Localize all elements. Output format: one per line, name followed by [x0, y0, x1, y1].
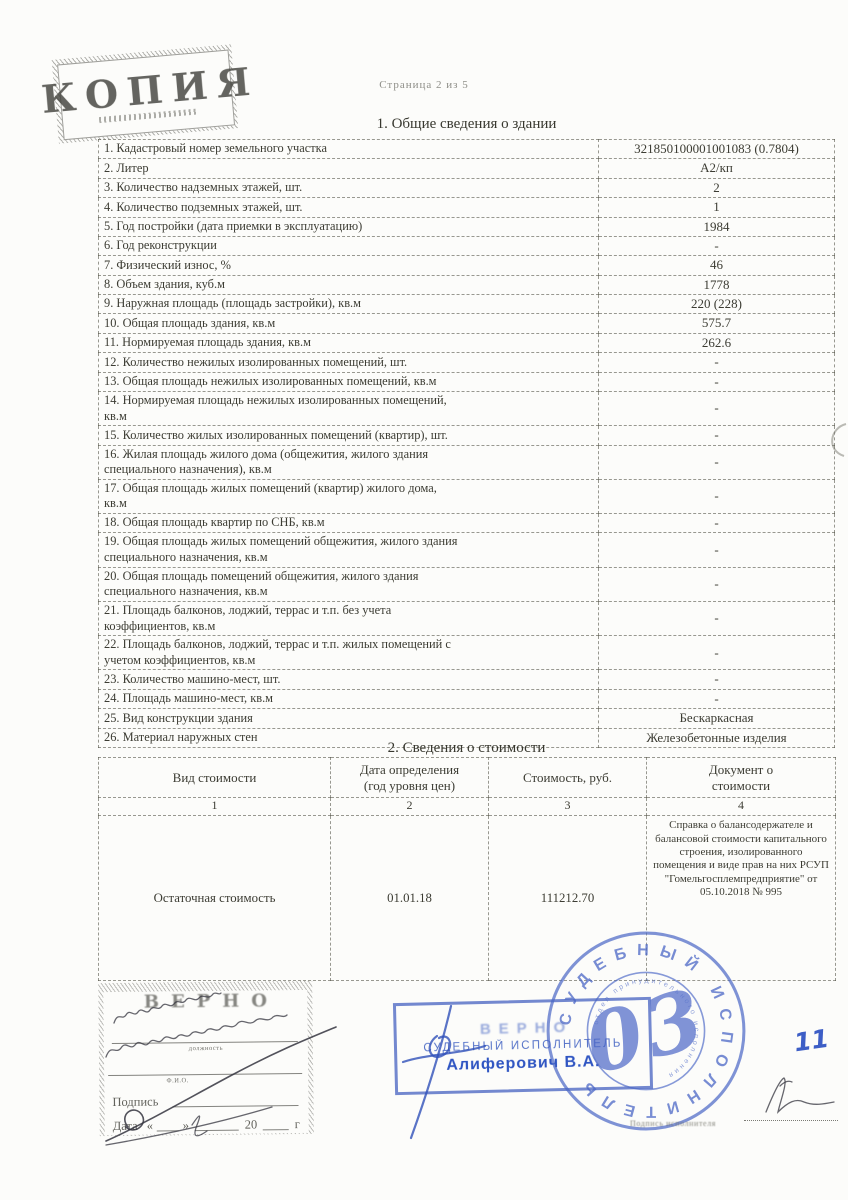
verno-certification-box: ВЕРНО должность Ф.И.О. Подпись Дата « » …: [98, 981, 314, 1136]
building-row: 3. Количество надземных этажей, шт.2: [99, 178, 835, 197]
building-row-value: -: [599, 601, 835, 635]
date-year-line: [263, 1129, 289, 1130]
building-row-value: Бескаркасная: [599, 709, 835, 728]
name-label: Ф.И.О.: [104, 1077, 251, 1086]
building-row: 10. Общая площадь здания, кв.м575.7: [99, 314, 835, 333]
building-row-value: -: [599, 514, 835, 533]
building-row-label: 19. Общая площадь жилых помещений общежи…: [99, 533, 599, 567]
building-row-label: 3. Количество надземных этажей, шт.: [99, 178, 599, 197]
building-row-label: 8. Объем здания, куб.м: [99, 275, 599, 294]
building-row-label: 15. Количество жилых изолированных помещ…: [99, 426, 599, 445]
cost-header-row: Вид стоимостиДата определения (год уровн…: [99, 758, 836, 798]
building-row-label: 17. Общая площадь жилых помещений (кварт…: [99, 479, 599, 513]
building-info-table: 1. Кадастровый номер земельного участка3…: [98, 139, 835, 748]
building-row: 17. Общая площадь жилых помещений (кварт…: [99, 479, 835, 513]
cost-column-number: 1: [99, 798, 331, 816]
building-row: 18. Общая площадь квартир по СНБ, кв.м-: [99, 514, 835, 533]
building-row-label: 22. Площадь балконов, лоджий, террас и т…: [99, 636, 599, 670]
building-row-label: 4. Количество подземных этажей, шт.: [99, 198, 599, 217]
building-row-value: -: [599, 533, 835, 567]
date-quote-open: «: [147, 1119, 153, 1134]
building-row-value: 2: [599, 178, 835, 197]
cost-column-header: Стоимость, руб.: [489, 758, 647, 798]
building-row: 22. Площадь балконов, лоджий, террас и т…: [99, 636, 835, 670]
building-row-label: 12. Количество нежилых изолированных пом…: [99, 353, 599, 372]
cost-column-header: Вид стоимости: [99, 758, 331, 798]
building-row-label: 5. Год постройки (дата приемки в эксплуа…: [99, 217, 599, 236]
building-row-value: -: [599, 236, 835, 255]
seal-number: 03: [576, 970, 717, 1093]
building-row-label: 20. Общая площадь помещений общежития, ж…: [99, 567, 599, 601]
cost-column-header: Документ о стоимости: [647, 758, 836, 798]
building-row-value: -: [599, 353, 835, 372]
building-row-value: 46: [599, 256, 835, 275]
building-row-label: 2. Литер: [99, 159, 599, 178]
cost-column-number: 4: [647, 798, 836, 816]
building-row-value: -: [599, 391, 835, 425]
building-row-value: 321850100001001083 (0.7804): [599, 140, 835, 159]
verno-title: ВЕРНО: [103, 990, 307, 1013]
building-row-value: 262.6: [599, 333, 835, 352]
building-row: 11. Нормируемая площадь здания, кв.м262.…: [99, 333, 835, 352]
building-row: 6. Год реконструкции-: [99, 236, 835, 255]
page-number-header: Страница 2 из 5: [0, 79, 848, 91]
building-row: 8. Объем здания, куб.м1778: [99, 275, 835, 294]
building-row-value: -: [599, 426, 835, 445]
cost-number-row: 1234: [99, 798, 836, 816]
scanned-document-page: КОПИЯ Страница 2 из 5 1. Общие сведения …: [0, 0, 848, 1200]
date-year: 20: [245, 1117, 258, 1132]
building-row: 4. Количество подземных этажей, шт.1: [99, 198, 835, 217]
building-row: 5. Год постройки (дата приемки в эксплуа…: [99, 217, 835, 236]
building-row-value: 575.7: [599, 314, 835, 333]
cost-column-number: 2: [331, 798, 489, 816]
verno-frame: ВЕРНО должность Ф.И.О. Подпись Дата « » …: [103, 990, 308, 1135]
building-row-label: 13. Общая площадь нежилых изолированных …: [99, 372, 599, 391]
section1-title: 1. Общие сведения о здании: [98, 116, 835, 133]
executor-signature-line: [744, 1106, 838, 1121]
building-row-label: 18. Общая площадь квартир по СНБ, кв.м: [99, 514, 599, 533]
executor-signature-caption: Подпись исполнителя: [630, 1119, 716, 1128]
name-line: [108, 1073, 302, 1076]
building-row-value: -: [599, 567, 835, 601]
date-month-line: [195, 1130, 239, 1131]
building-row: 25. Вид конструкции зданияБескаркасная: [99, 709, 835, 728]
building-row-label: 7. Физический износ, %: [99, 256, 599, 275]
building-row-label: 25. Вид конструкции здания: [99, 709, 599, 728]
cost-column-number: 3: [489, 798, 647, 816]
building-row-label: 6. Год реконструкции: [99, 236, 599, 255]
building-table-body: 1. Кадастровый номер земельного участка3…: [99, 140, 835, 748]
position-label: должность: [104, 1044, 308, 1053]
building-row: 20. Общая площадь помещений общежития, ж…: [99, 567, 835, 601]
building-row: 13. Общая площадь нежилых изолированных …: [99, 372, 835, 391]
cost-kind-cell: Остаточная стоимость: [99, 816, 331, 981]
cost-column-header: Дата определения (год уровня цен): [331, 758, 489, 798]
building-row-label: 9. Наружная площадь (площадь застройки),…: [99, 295, 599, 314]
building-row: 21. Площадь балконов, лоджий, террас и т…: [99, 601, 835, 635]
building-row-label: 1. Кадастровый номер земельного участка: [99, 140, 599, 159]
date-label: Дата: [113, 1119, 138, 1134]
cost-date-cell: 01.01.18: [331, 816, 489, 981]
building-row-label: 14. Нормируемая площадь нежилых изолиров…: [99, 391, 599, 425]
building-row: 9. Наружная площадь (площадь застройки),…: [99, 295, 835, 314]
building-row-label: 10. Общая площадь здания, кв.м: [99, 314, 599, 333]
building-row-value: А2/кп: [599, 159, 835, 178]
building-row: 2. ЛитерА2/кп: [99, 159, 835, 178]
building-row-value: 220 (228): [599, 295, 835, 314]
building-row-value: 1778: [599, 275, 835, 294]
building-row-label: 23. Количество машино-мест, шт.: [99, 670, 599, 689]
building-row: 1. Кадастровый номер земельного участка3…: [99, 140, 835, 159]
building-row: 12. Количество нежилых изолированных пом…: [99, 353, 835, 372]
building-row-label: 11. Нормируемая площадь здания, кв.м: [99, 333, 599, 352]
building-row-value: -: [599, 636, 835, 670]
building-row-value: -: [599, 689, 835, 708]
building-row: 23. Количество машино-мест, шт.-: [99, 670, 835, 689]
building-row-value: -: [599, 445, 835, 479]
building-row: 24. Площадь машино-мест, кв.м-: [99, 689, 835, 708]
round-bailiff-seal: СУДЕБНЫЙ ИСПОЛНИТЕЛЬ отдел принудительно…: [540, 925, 752, 1137]
building-row-value: -: [599, 479, 835, 513]
building-row: 19. Общая площадь жилых помещений общежи…: [99, 533, 835, 567]
building-row-value: -: [599, 372, 835, 391]
date-day-line: [157, 1130, 179, 1131]
date-year-suffix: г: [295, 1117, 300, 1132]
building-row-label: 21. Площадь балконов, лоджий, террас и т…: [99, 601, 599, 635]
section2-title: 2. Сведения о стоимости: [98, 740, 835, 757]
handwritten-page-number: 11: [792, 1024, 830, 1058]
building-row-value: 1: [599, 198, 835, 217]
building-row: 15. Количество жилых изолированных помещ…: [99, 426, 835, 445]
building-row-value: 1984: [599, 217, 835, 236]
date-quote-close: »: [183, 1118, 189, 1133]
building-row-value: -: [599, 670, 835, 689]
signature-line: [172, 1105, 298, 1107]
building-row: 16. Жилая площадь жилого дома (общежития…: [99, 445, 835, 479]
building-row-label: 24. Площадь машино-мест, кв.м: [99, 689, 599, 708]
building-row-label: 16. Жилая площадь жилого дома (общежития…: [99, 445, 599, 479]
building-row: 7. Физический износ, %46: [99, 256, 835, 275]
signature-label: Подпись: [112, 1095, 158, 1110]
scan-artifact-mark: [822, 420, 848, 460]
building-row: 14. Нормируемая площадь нежилых изолиров…: [99, 391, 835, 425]
